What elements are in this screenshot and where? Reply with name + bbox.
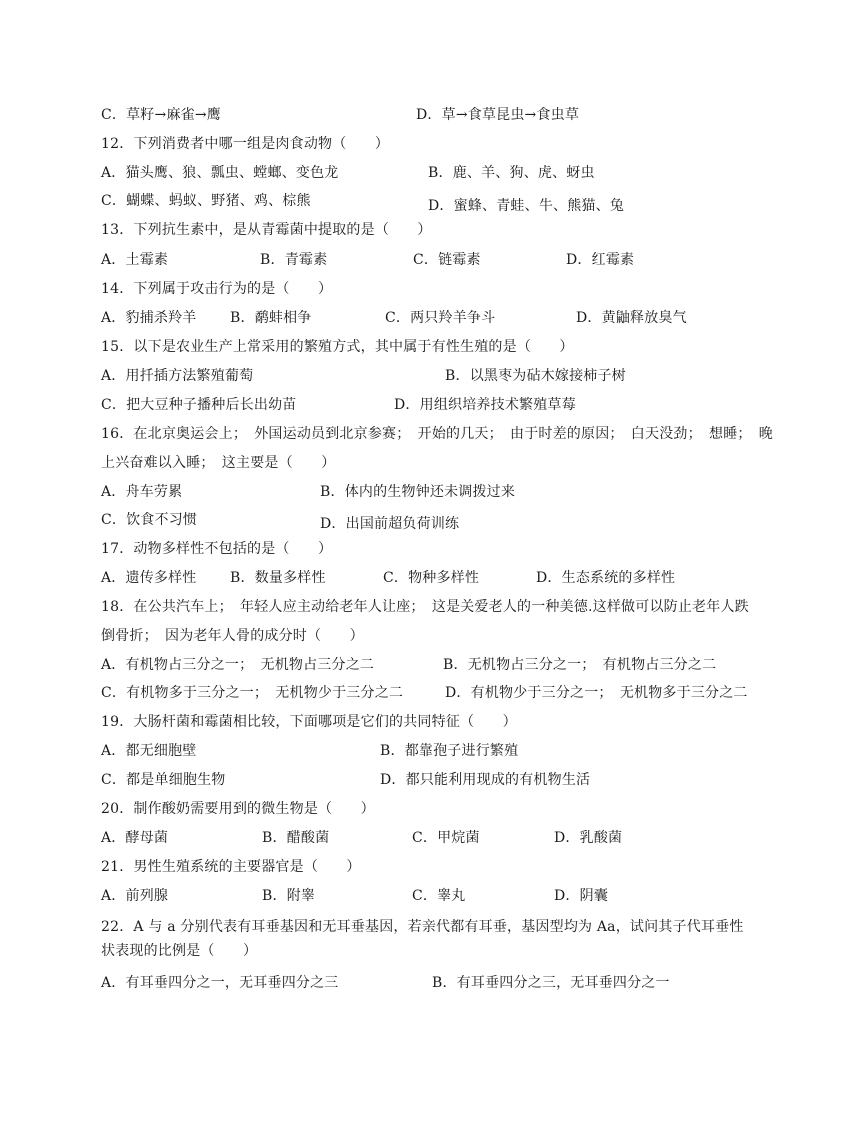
q11-option-d: D．草→食草昆虫→食虫草	[416, 106, 579, 124]
q19-option-a: A．都无细胞壁	[101, 742, 197, 760]
q16-option-b: B．体内的生物钟还未调拨过来	[320, 483, 515, 501]
q17-option-a: A．遗传多样性	[101, 569, 197, 587]
q14-option-c: C．两只羚羊争斗	[385, 309, 495, 327]
q19-option-c: C．都是单细胞生物	[101, 771, 226, 789]
q15-option-a: A．用扦插方法繁殖葡萄	[101, 367, 253, 385]
q16-stem-line2: 上兴奋难以入睡； 这主要是（ ）	[101, 454, 335, 472]
q13-stem: 13．下列抗生素中，是从青霉菌中提取的是（ ）	[101, 221, 432, 239]
q21-option-a: A．前列腺	[101, 887, 168, 905]
q13-option-d: D．红霉素	[566, 251, 634, 269]
q20-option-d: D．乳酸菌	[554, 829, 622, 847]
q21-option-d: D．阴囊	[554, 887, 608, 905]
q18-option-a: A．有机物占三分之一； 无机物占三分之二	[101, 656, 374, 674]
q15-option-d: D．用组织培养技术繁殖草莓	[394, 396, 576, 414]
q22-stem-line2: 状表现的比例是（ ）	[101, 942, 257, 960]
q12-option-a: A．猫头鹰、狼、瓢虫、螳螂、变色龙	[101, 164, 339, 182]
q11-option-c: C．草籽→麻雀→鹰	[101, 106, 221, 124]
q14-option-a: A．豹捕杀羚羊	[101, 309, 197, 327]
q19-option-d: D．都只能利用现成的有机物生活	[380, 771, 590, 789]
q21-stem: 21．男性生殖系统的主要器官是（ ）	[101, 858, 361, 876]
q17-stem: 17．动物多样性不包括的是（ ）	[101, 540, 332, 558]
q12-option-b: B．鹿、羊、狗、虎、蚜虫	[428, 164, 595, 182]
q14-stem: 14．下列属于攻击行为的是（ ）	[101, 280, 332, 298]
q15-option-b: B．以黑枣为砧木嫁接柿子树	[445, 367, 626, 385]
q17-option-d: D．生态系统的多样性	[536, 569, 675, 587]
q19-option-b: B．都靠孢子进行繁殖	[380, 742, 518, 760]
q22-option-b: B．有耳垂四分之三，无耳垂四分之一	[432, 974, 670, 992]
q14-option-d: D．黄鼬释放臭气	[576, 309, 687, 327]
q17-option-c: C．物种多样性	[383, 569, 479, 587]
q18-option-c: C．有机物多于三分之一； 无机物少于三分之二	[101, 684, 403, 702]
q22-option-a: A．有耳垂四分之一，无耳垂四分之三	[101, 974, 339, 992]
q18-option-b: B．无机物占三分之一； 有机物占三分之二	[443, 656, 716, 674]
q12-option-c: C．蝴蝶、蚂蚁、野猪、鸡、棕熊	[101, 192, 311, 210]
q14-option-b: B．鹬蚌相争	[230, 309, 312, 327]
q21-option-c: C．睾丸	[412, 887, 466, 905]
q13-option-a: A．土霉素	[101, 251, 168, 269]
q20-option-c: C．甲烷菌	[412, 829, 480, 847]
q12-option-d: D．蜜蜂、青蛙、牛、熊猫、兔	[428, 197, 624, 215]
q20-option-b: B．醋酸菌	[262, 829, 329, 847]
q16-option-a: A．舟车劳累	[101, 483, 182, 501]
q22-stem-line1: 22．A 与 a 分别代表有耳垂基因和无耳垂基因，若亲代都有耳垂，基因型均为 A…	[101, 918, 744, 936]
q16-option-d: D．出国前超负荷训练	[320, 515, 459, 533]
q21-option-b: B．附睾	[262, 887, 315, 905]
q18-stem-line1: 18．在公共汽车上； 年轻人应主动给老年人让座； 这是关爱老人的一种美德.这样做…	[101, 598, 749, 616]
exam-page: C．草籽→麻雀→鹰 D．草→食草昆虫→食虫草 12．下列消费者中哪一组是肉食动物…	[0, 0, 866, 1122]
q18-option-d: D．有机物少于三分之一； 无机物多于三分之二	[445, 684, 748, 702]
q16-option-c: C．饮食不习惯	[101, 511, 197, 529]
q20-option-a: A．酵母菌	[101, 829, 168, 847]
q13-option-c: C．链霉素	[413, 251, 481, 269]
q15-stem: 15．以下是农业生产上常采用的繁殖方式，其中属于有性生殖的是（ ）	[101, 338, 574, 356]
q20-stem: 20．制作酸奶需要用到的微生物是（ ）	[101, 800, 375, 818]
q17-option-b: B．数量多样性	[230, 569, 326, 587]
q13-option-b: B．青霉素	[260, 251, 327, 269]
q12-stem: 12．下列消费者中哪一组是肉食动物（ ）	[101, 135, 389, 153]
q19-stem: 19．大肠杆菌和霉菌相比较，下面哪项是它们的共同特征（ ）	[101, 713, 517, 731]
q16-stem-line1: 16．在北京奥运会上； 外国运动员到北京参赛； 开始的几天； 由于时差的原因； …	[101, 425, 773, 443]
q15-option-c: C．把大豆种子播种后长出幼苗	[101, 396, 297, 414]
q18-stem-line2: 倒骨折； 因为老年人骨的成分时（ ）	[101, 627, 364, 645]
